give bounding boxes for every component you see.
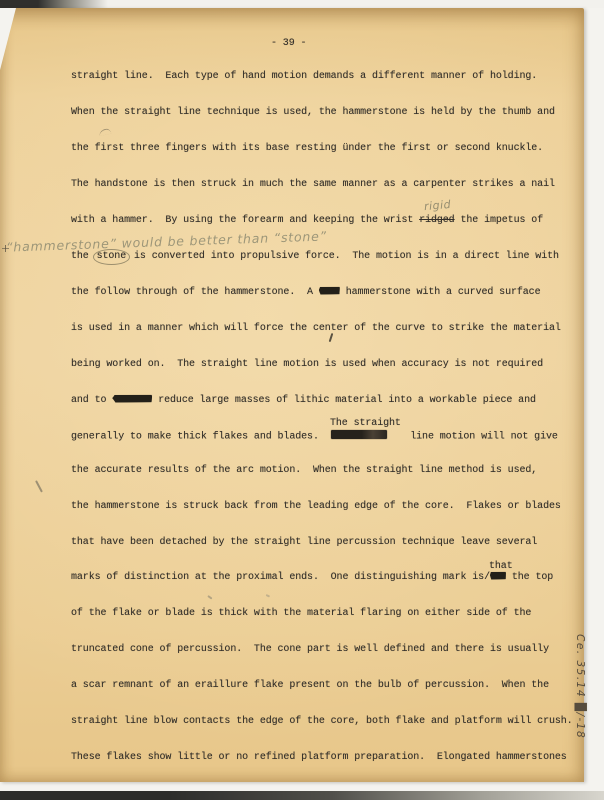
typed-line: truncated cone of percussion. The cone p…: [71, 643, 549, 656]
typed-line: These flakes show little or no refined p…: [71, 751, 567, 764]
page-number: - 39 -: [271, 37, 306, 50]
typed-text: a scar remnant of an eraillure flake pre…: [71, 680, 549, 691]
struck-out-word: [331, 430, 387, 439]
typed-text: generally to make thick flakes and blade…: [71, 432, 331, 443]
typed-line: the first three fingers with its base re…: [71, 142, 543, 155]
typed-line: is used in a manner which will force the…: [71, 322, 561, 335]
typed-line: and to reduce large masses of lithic mat…: [71, 394, 536, 407]
handwritten-correction-rigid: rigid: [423, 198, 451, 213]
typed-text: the first three fingers with its base re…: [71, 143, 543, 154]
typed-text: the top: [506, 572, 553, 583]
typed-text: The handstone is then struck in much the…: [71, 179, 555, 190]
typed-line: the hammerstone is struck back from the …: [71, 500, 561, 513]
typed-line: the follow through of the hammerstone. A…: [71, 286, 540, 299]
typed-text: line motion will not give: [387, 432, 558, 443]
typed-text: the: [71, 251, 95, 262]
typed-line: the accurate results of the arc motion. …: [71, 464, 537, 477]
typed-text: straight line. Each type of hand motion …: [71, 71, 537, 82]
scan-edge-top: [0, 0, 604, 8]
typed-line: The handstone is then struck in much the…: [71, 178, 555, 191]
struck-word: ridged: [419, 215, 454, 226]
typed-text: reduce large masses of lithic material i…: [152, 395, 536, 406]
typed-text: marks of distinction at the proximal end…: [71, 572, 490, 583]
typed-text: with a hammer. By using the forearm and …: [71, 215, 419, 226]
typed-text: of the flake or blade is thick with the …: [71, 608, 531, 619]
typed-line: straight line blow contacts the edge of …: [71, 715, 573, 728]
typed-text: These flakes show little or no refined p…: [71, 752, 567, 763]
handwritten-margin-catalog-code: Ce. 35.14 █/-18: [574, 634, 586, 784]
typed-text: When the straight line technique is used…: [71, 107, 555, 118]
typed-text: that have been detached by the straight …: [71, 537, 537, 548]
typed-text: truncated cone of percussion. The cone p…: [71, 644, 549, 655]
typed-text: is used in a manner which will force the…: [71, 323, 561, 334]
typed-line: a scar remnant of an eraillure flake pre…: [71, 679, 549, 692]
typed-text: is converted into propulsive force. The …: [128, 251, 559, 262]
typed-line: being worked on. The straight line motio…: [71, 358, 543, 371]
typed-text: straight line blow contacts the edge of …: [71, 716, 573, 727]
blacked-out-word: [319, 287, 340, 295]
typed-text: hammerstone with a curved surface: [340, 287, 541, 298]
typed-line: that have been detached by the straight …: [71, 536, 537, 549]
typed-text: the follow through of the hammerstone. A: [71, 287, 319, 298]
typed-text: the accurate results of the arc motion. …: [71, 465, 537, 476]
blacked-out-word: [112, 395, 152, 403]
typed-line: with a hammer. By using the forearm and …: [71, 214, 543, 227]
typed-text: being worked on. The straight line motio…: [71, 359, 543, 370]
typed-text: the impetus of: [455, 215, 544, 226]
typed-line: generally to make thick flakes and blade…: [71, 430, 558, 444]
pencil-mark: [2, 245, 9, 252]
typed-line: marks of distinction at the proximal end…: [71, 571, 553, 584]
typed-line: of the flake or blade is thick with the …: [71, 607, 531, 620]
typed-line: When the straight line technique is used…: [71, 106, 555, 119]
pencil-circled-word: stone: [93, 249, 131, 265]
typed-insertion: that: [489, 560, 513, 573]
typed-insertion: The straight: [330, 417, 401, 430]
typed-line: the stone is converted into propulsive f…: [71, 250, 559, 263]
typed-line: straight line. Each type of hand motion …: [71, 70, 537, 83]
typed-text: and to: [71, 395, 112, 406]
typed-text: the hammerstone is struck back from the …: [71, 501, 561, 512]
scan-edge-bottom: [0, 791, 604, 800]
